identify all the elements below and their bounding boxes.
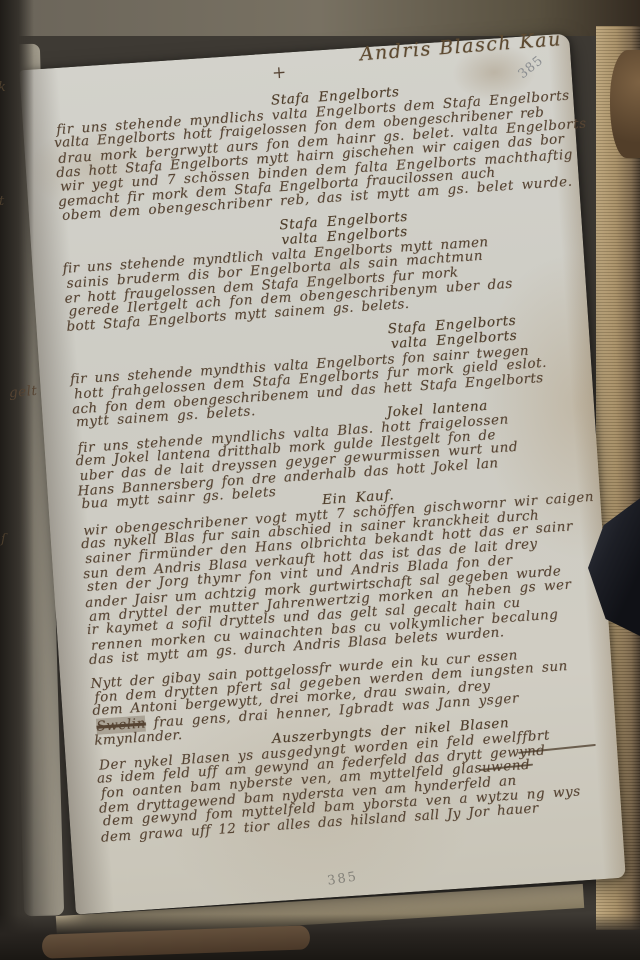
spine-text-fragment: t <box>0 194 4 209</box>
spine-text-fragment: ſ <box>1 532 6 547</box>
manuscript-page: Andris Blasch Kau 385 + Stafa Engelborts… <box>19 33 626 914</box>
section: Ein Kauf.wir obengeschribener vogt mytt … <box>79 475 596 668</box>
spine-text-fragment: k <box>0 80 6 95</box>
bottom-page-number: 385 <box>327 869 360 889</box>
leather-corner <box>610 50 640 158</box>
cross-mark: + <box>271 63 287 84</box>
margin-note-gelt: gelt <box>8 383 38 401</box>
section: Stafa Engelbortsfir uns stehende myndlic… <box>52 74 566 224</box>
manuscript-text: Stafa Engelbortsfir uns stehende myndlic… <box>52 74 608 853</box>
